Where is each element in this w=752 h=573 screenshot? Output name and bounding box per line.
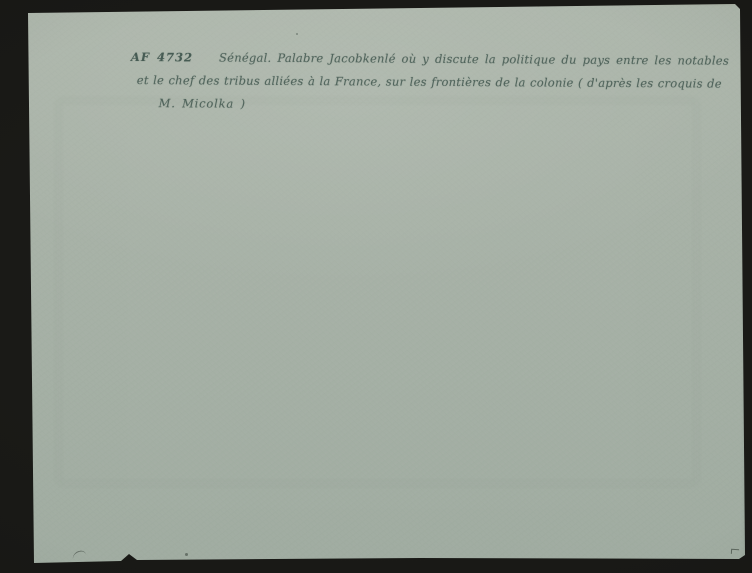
paper-pencil-tick [731, 549, 739, 554]
handwritten-caption: AF 4732 Sénégal. Palabre Jacobkenlé où y… [131, 46, 741, 119]
scan-background: AF 4732 Sénégal. Palabre Jacobkenlé où y… [0, 0, 752, 573]
paper-fold-mark [71, 549, 86, 559]
paper-speck [185, 553, 188, 556]
archival-paper-sheet: AF 4732 Sénégal. Palabre Jacobkenlé où y… [0, 0, 752, 573]
caption-line-1-text: Sénégal. Palabre Jacobkenlé où y discute… [219, 47, 729, 73]
inventory-number: AF 4732 [131, 46, 193, 69]
mount-impression [58, 100, 697, 484]
paper-speck [296, 33, 298, 35]
caption-line-3: M. Micolka ) [159, 92, 741, 119]
